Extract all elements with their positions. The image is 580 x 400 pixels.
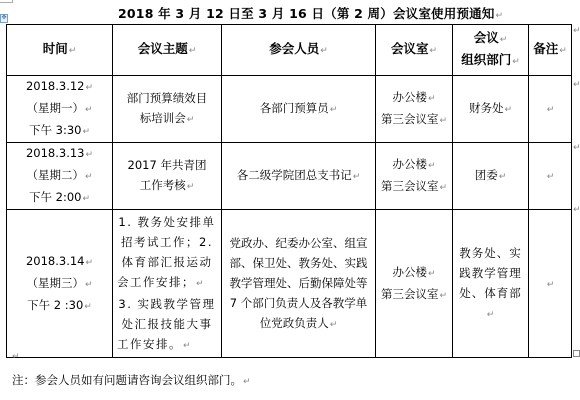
document-title: 2018 年 3 月 12 日至 3 月 16 日（第 2 周）会议室使用预通知…	[118, 4, 568, 22]
header-topic: 会议主题↵	[113, 25, 222, 76]
table-row: 2018.3.13↵（星期二）↵下午 2:00↵ 2017 年共青团工作考核↵ …	[7, 143, 572, 210]
cell-organizer: 教务处、实践教学管理处、体育部↵	[453, 210, 529, 358]
row-end-mark-icon: ↵	[573, 26, 580, 36]
table-header-row: 时间↵ 会议主题↵ 参会人员↵ 会议室↵ 会议↵组织部门↵ 备注↵	[7, 25, 572, 76]
header-remark: 备注↵	[529, 25, 572, 76]
cell-room: 办公楼↵第三会议室↵	[376, 210, 453, 358]
paragraph-mark-icon: ↵	[243, 377, 251, 387]
row-end-mark-icon: ↵	[573, 205, 580, 215]
row-end-mark-icon: ↵	[573, 80, 580, 90]
cell-time: 2018.3.13↵（星期二）↵下午 2:00↵	[7, 143, 113, 210]
table-row: 2018.3.14↵（星期三）↵下午 2 :30↵ 1. 教务处安排单招考试工作…	[7, 210, 572, 358]
cell-remark: ↵	[529, 210, 572, 358]
cell-attendees: 各二级学院团总支书记↵	[222, 143, 376, 210]
cell-remark: ↵	[529, 143, 572, 210]
row-end-mark-icon: ↵	[573, 143, 580, 153]
paragraph-mark-icon: ↵	[12, 352, 20, 362]
paragraph-mark-icon: ↵	[496, 11, 504, 21]
header-attendees: 参会人员↵	[222, 25, 376, 76]
footnote: 注：参会人员如有问题请咨询会议组织部门。↵	[12, 372, 251, 388]
cell-attendees: 党政办、纪委办公室、组宣部、保卫处、教务处、实践教学管理处、后勤保障处等 7 个…	[222, 210, 376, 358]
header-room: 会议室↵	[376, 25, 453, 76]
cell-time: 2018.3.12↵（星期一）↵下午 3:30↵	[7, 76, 113, 143]
page-corner-mark	[0, 0, 13, 3]
cell-room: 办公楼↵第三会议室↵	[376, 76, 453, 143]
cell-time: 2018.3.14↵（星期三）↵下午 2 :30↵	[7, 210, 113, 358]
table-move-handle-icon[interactable]: ✥	[0, 14, 8, 23]
header-organizer: 会议↵组织部门↵	[453, 25, 529, 76]
cell-topic: 部门预算绩效目标培训会↵	[113, 76, 222, 143]
cell-remark: ↵	[529, 76, 572, 143]
header-time: 时间↵	[7, 25, 113, 76]
schedule-table: 时间↵ 会议主题↵ 参会人员↵ 会议室↵ 会议↵组织部门↵ 备注↵ 2018.3…	[6, 24, 572, 358]
cell-room: 办公楼↵第三会议室↵	[376, 143, 453, 210]
table-resize-handle[interactable]	[573, 350, 580, 357]
cell-attendees: 各部门预算员↵	[222, 76, 376, 143]
cell-topic: 1. 教务处安排单招考试工作；2. 体育部汇报运动会工作安排；↵3. 实践教学管…	[113, 210, 222, 358]
table-row: 2018.3.12↵（星期一）↵下午 3:30↵ 部门预算绩效目标培训会↵ 各部…	[7, 76, 572, 143]
cell-organizer: 团委↵	[453, 143, 529, 210]
cell-topic: 2017 年共青团工作考核↵	[113, 143, 222, 210]
cell-organizer: 财务处↵	[453, 76, 529, 143]
